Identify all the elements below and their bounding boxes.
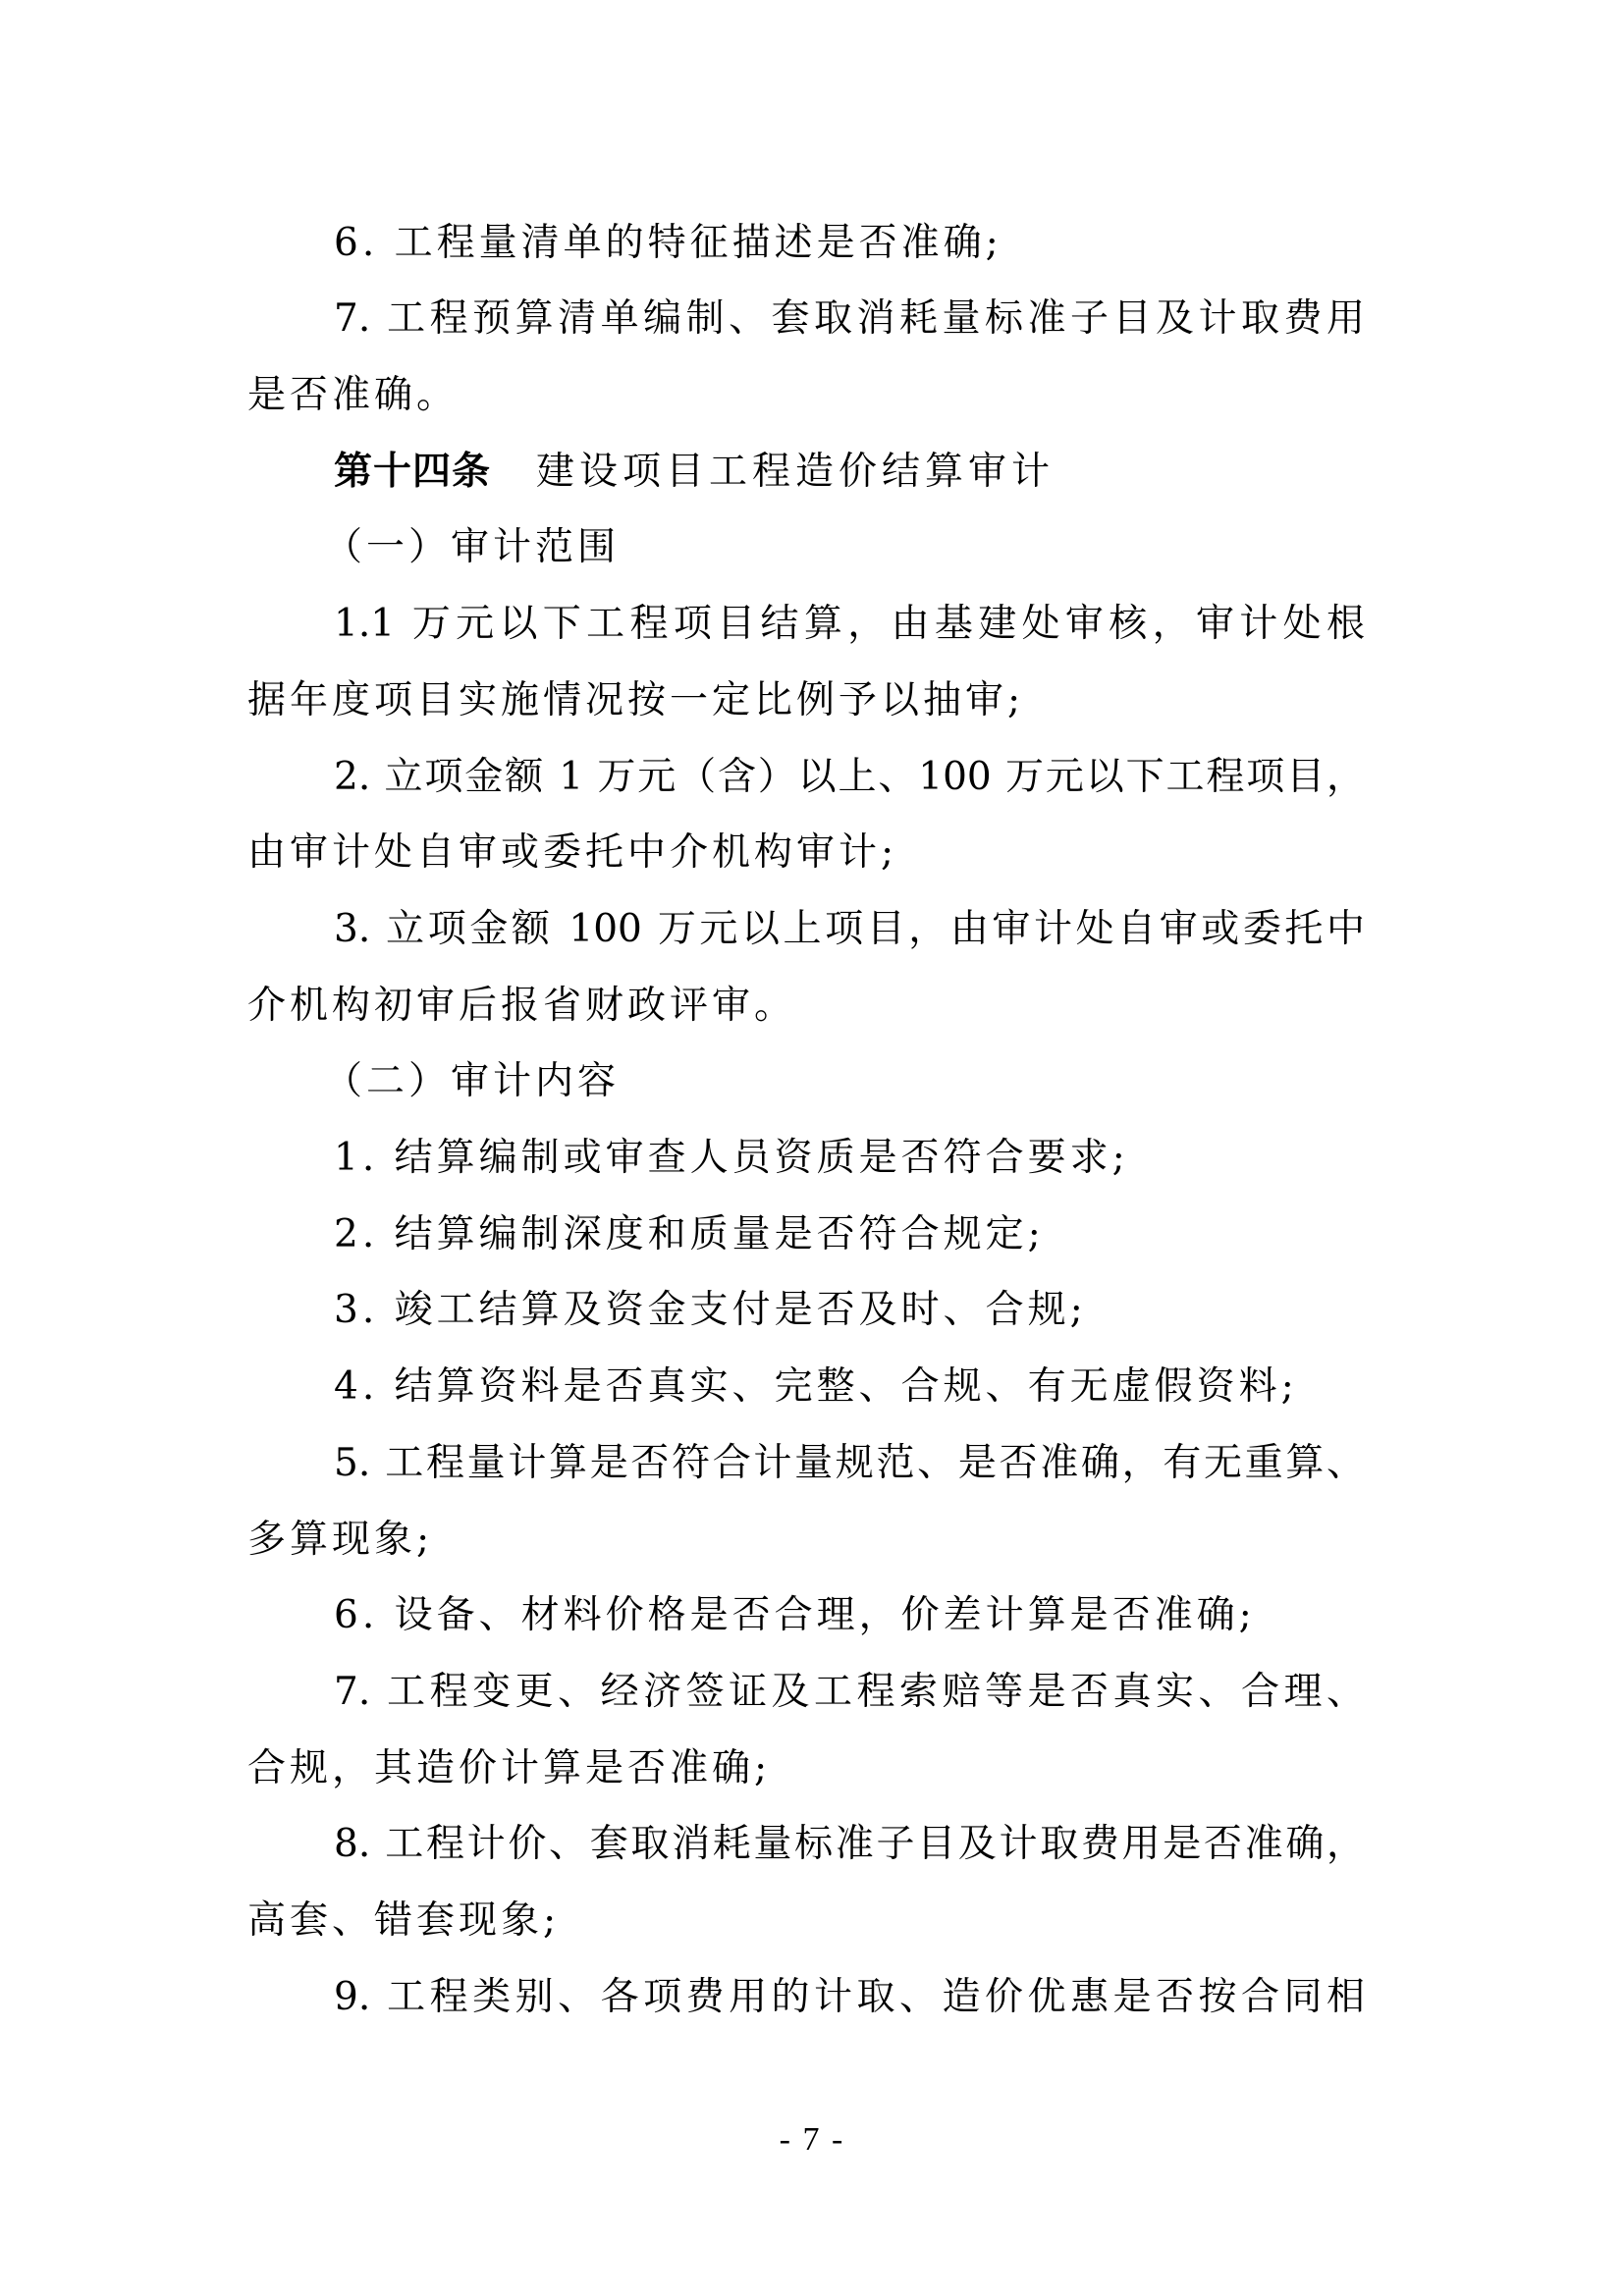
paragraph-line: 由审计处自审或委托中介机构审计; — [247, 824, 1365, 882]
paragraph-line: 2. 结算编制深度和质量是否符合规定; — [334, 1205, 1365, 1264]
paragraph-line: 8. 工程计价、套取消耗量标准子目及计取费用是否准确， — [334, 1815, 1365, 1874]
paragraph-line: 合规，其造价计算是否准确; — [247, 1739, 1365, 1798]
paragraph-line: 3. 立项金额 100 万元以上项目，由审计处自审或委托中 — [334, 900, 1365, 959]
article-title: 建设项目工程造价结算审计 — [536, 450, 1055, 494]
paragraph-line: 1.1 万元以下工程项目结算，由基建处审核，审计处根 — [334, 595, 1365, 654]
document-page: 6. 工程量清单的特征描述是否准确; 7. 工程预算清单编制、套取消耗量标准子目… — [0, 0, 1624, 2296]
paragraph-line: 3. 竣工结算及资金支付是否及时、合规; — [334, 1281, 1365, 1340]
paragraph-line: 6. 工程量清单的特征描述是否准确; — [334, 214, 1365, 273]
paragraph-line: 6. 设备、材料价格是否合理，价差计算是否准确; — [334, 1586, 1365, 1645]
paragraph-line: 5. 工程量计算是否符合计量规范、是否准确，有无重算、 — [334, 1434, 1365, 1493]
paragraph-line: 是否准确。 — [247, 366, 1365, 425]
article-heading: 第十四条建设项目工程造价结算审计 — [334, 443, 1365, 502]
paragraph-line: 据年度项目实施情况按一定比例予以抽审; — [247, 671, 1365, 730]
paragraph-line: 1. 结算编制或审查人员资质是否符合要求; — [334, 1129, 1365, 1188]
section-heading: （一）审计范围 — [324, 518, 1365, 577]
paragraph-line: 9. 工程类别、各项费用的计取、造价优惠是否按合同相 — [334, 1968, 1365, 2027]
paragraph-line: 4. 结算资料是否真实、完整、合规、有无虚假资料; — [334, 1358, 1365, 1416]
section-heading: （二）审计内容 — [324, 1052, 1365, 1111]
paragraph-line: 7. 工程变更、经济签证及工程索赔等是否真实、合理、 — [334, 1663, 1365, 1722]
page-number: - 7 - — [0, 2115, 1624, 2164]
paragraph-line: 高套、错套现象; — [247, 1892, 1365, 1950]
paragraph-line: 介机构初审后报省财政评审。 — [247, 977, 1365, 1036]
paragraph-line: 7. 工程预算清单编制、套取消耗量标准子目及计取费用 — [334, 290, 1365, 348]
article-number: 第十四条 — [334, 450, 491, 494]
paragraph-line: 2. 立项金额 1 万元（含）以上、100 万元以下工程项目， — [334, 748, 1365, 807]
paragraph-line: 多算现象; — [247, 1511, 1365, 1570]
